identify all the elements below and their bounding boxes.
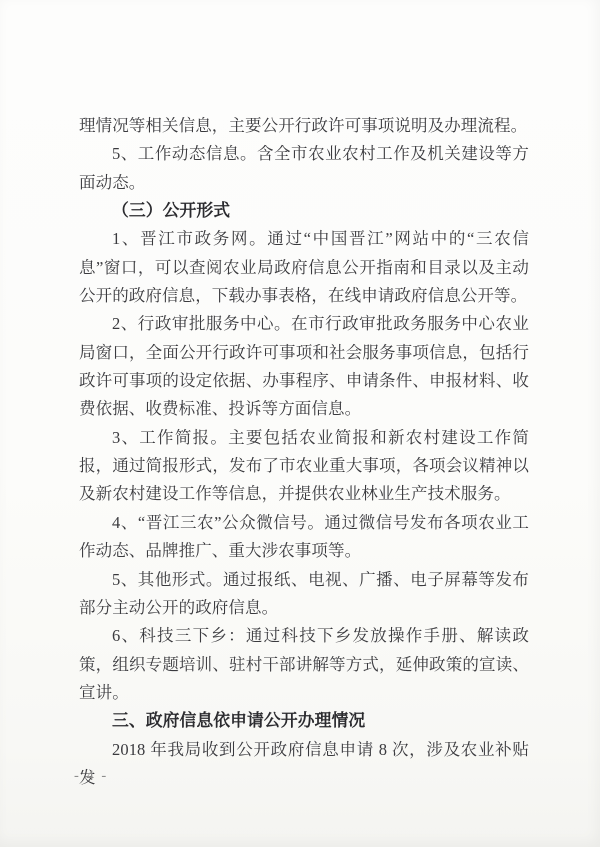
section-heading-application-disclosure: 三、政府信息依申请公开办理情况 [79, 707, 529, 735]
page-number: - 4 - [74, 768, 108, 785]
paragraph-item-2-approval-service-center: 2、行政审批服务中心。在市行政审批政务服务中心农业局窗口，全面公开行政许可事项和… [79, 310, 529, 423]
document-body: 理情况等相关信息，主要公开行政许可事项说明及办理流程。 5、工作动态信息。含全市… [79, 112, 529, 792]
paragraph-continuation: 理情况等相关信息，主要公开行政许可事项说明及办理流程。 [79, 112, 529, 140]
paragraph-item-5-other-forms: 5、其他形式。通过报纸、电视、广播、电子屏幕等发布部分主动公开的政府信息。 [79, 566, 529, 623]
paragraph-item-4-wechat-account: 4、“晋江三农”公众微信号。通过微信号发布各项农业工作动态、品牌推广、重大涉农事… [79, 509, 529, 566]
paragraph-item-1-government-website: 1、晋江市政务网。通过“中国晋江”网站中的“三农信息”窗口，可以查阅农业局政府信… [79, 225, 529, 310]
section-heading-disclosure-forms: （三）公开形式 [79, 197, 529, 225]
scanned-document-page: 理情况等相关信息，主要公开行政许可事项说明及办理流程。 5、工作动态信息。含全市… [0, 0, 600, 847]
paragraph-2018-applications: 2018 年我局收到公开政府信息申请 8 次，涉及农业补贴发 [79, 736, 529, 793]
paragraph-item-6-science-outreach: 6、科技三下乡：通过科技下乡发放操作手册、解读政策，组织专题培训、驻村干部讲解等… [79, 622, 529, 707]
paragraph-item-5-work-dynamics: 5、工作动态信息。含全市农业农村工作及机关建设等方面动态。 [79, 140, 529, 197]
paragraph-item-3-work-bulletin: 3、工作简报。主要包括农业简报和新农村建设工作简报，通过简报形式，发布了市农业重… [79, 424, 529, 509]
